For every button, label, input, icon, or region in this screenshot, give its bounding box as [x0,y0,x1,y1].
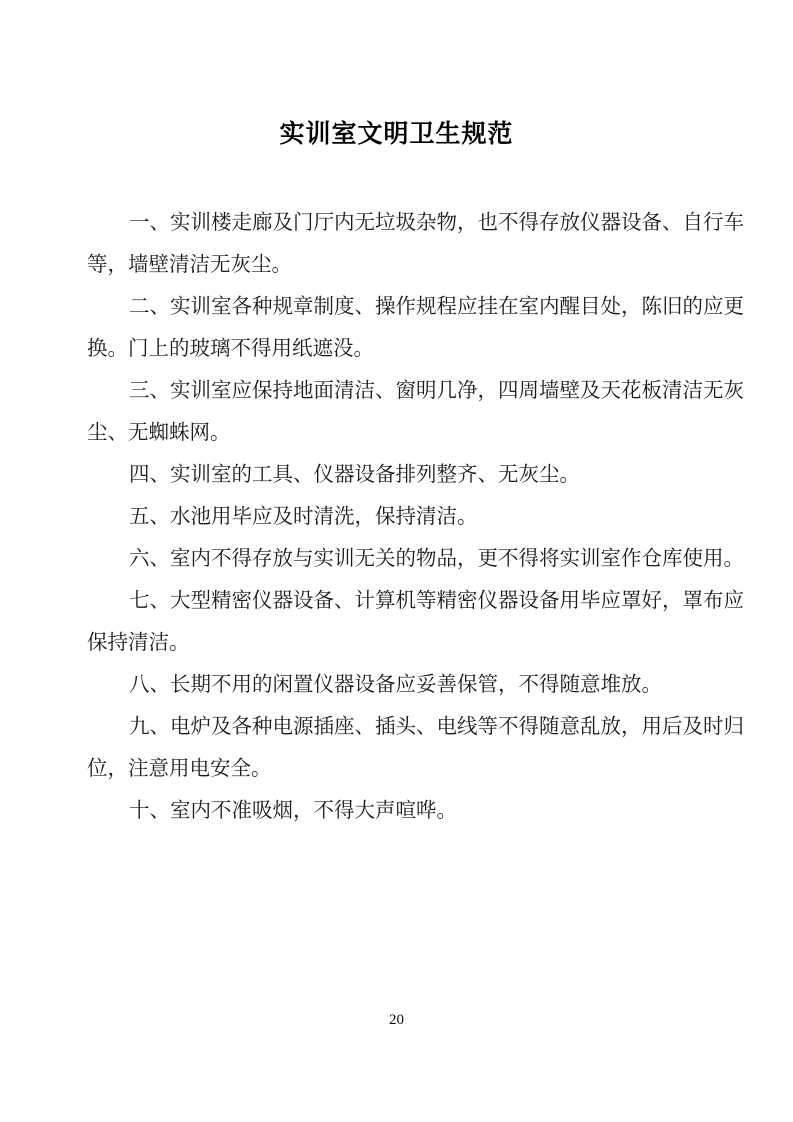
clause-line: 四、实训室的工具、仪器设备排列整齐、无灰尘。 [87,453,713,495]
clause-4: 四、实训室的工具、仪器设备排列整齐、无灰尘。 [87,453,713,495]
clause-line: 三、实训室应保持地面清洁、窗明几净，四周墙壁及天花板清洁无灰 [87,369,713,411]
clause-7: 七、大型精密仪器设备、计算机等精密仪器设备用毕应罩好，罩布应 保持清洁。 [87,579,713,663]
document-body: 一、实训楼走廊及门厅内无垃圾杂物，也不得存放仪器设备、自行车 等，墙壁清洁无灰尘… [87,201,713,831]
clause-line: 六、室内不得存放与实训无关的物品，更不得将实训室作仓库使用。 [87,537,713,579]
clause-9: 九、电炉及各种电源插座、插头、电线等不得随意乱放，用后及时归 位，注意用电安全。 [87,705,713,789]
clause-line: 八、长期不用的闲置仪器设备应妥善保管，不得随意堆放。 [87,663,713,705]
clause-line: 十、室内不准吸烟，不得大声喧哗。 [87,789,713,831]
clause-line: 九、电炉及各种电源插座、插头、电线等不得随意乱放，用后及时归 [87,705,713,747]
page-number: 20 [0,1010,793,1030]
clause-line: 保持清洁。 [87,621,713,663]
clause-line: 尘、无蜘蛛网。 [87,411,713,453]
page-title: 实训室文明卫生规范 [0,117,793,151]
clause-5: 五、水池用毕应及时清洗，保持清洁。 [87,495,713,537]
clause-line: 七、大型精密仪器设备、计算机等精密仪器设备用毕应罩好，罩布应 [87,579,713,621]
clause-3: 三、实训室应保持地面清洁、窗明几净，四周墙壁及天花板清洁无灰 尘、无蜘蛛网。 [87,369,713,453]
clause-10: 十、室内不准吸烟，不得大声喧哗。 [87,789,713,831]
clause-2: 二、实训室各种规章制度、操作规程应挂在室内醒目处，陈旧的应更 换。门上的玻璃不得… [87,285,713,369]
clause-line: 五、水池用毕应及时清洗，保持清洁。 [87,495,713,537]
clause-8: 八、长期不用的闲置仪器设备应妥善保管，不得随意堆放。 [87,663,713,705]
document-page: 实训室文明卫生规范 一、实训楼走廊及门厅内无垃圾杂物，也不得存放仪器设备、自行车… [0,0,793,1122]
clause-line: 一、实训楼走廊及门厅内无垃圾杂物，也不得存放仪器设备、自行车 [87,201,713,243]
clause-line: 换。门上的玻璃不得用纸遮没。 [87,327,713,369]
clause-line: 位，注意用电安全。 [87,747,713,789]
clause-1: 一、实训楼走廊及门厅内无垃圾杂物，也不得存放仪器设备、自行车 等，墙壁清洁无灰尘… [87,201,713,285]
clause-6: 六、室内不得存放与实训无关的物品，更不得将实训室作仓库使用。 [87,537,713,579]
clause-line: 二、实训室各种规章制度、操作规程应挂在室内醒目处，陈旧的应更 [87,285,713,327]
clause-line: 等，墙壁清洁无灰尘。 [87,243,713,285]
